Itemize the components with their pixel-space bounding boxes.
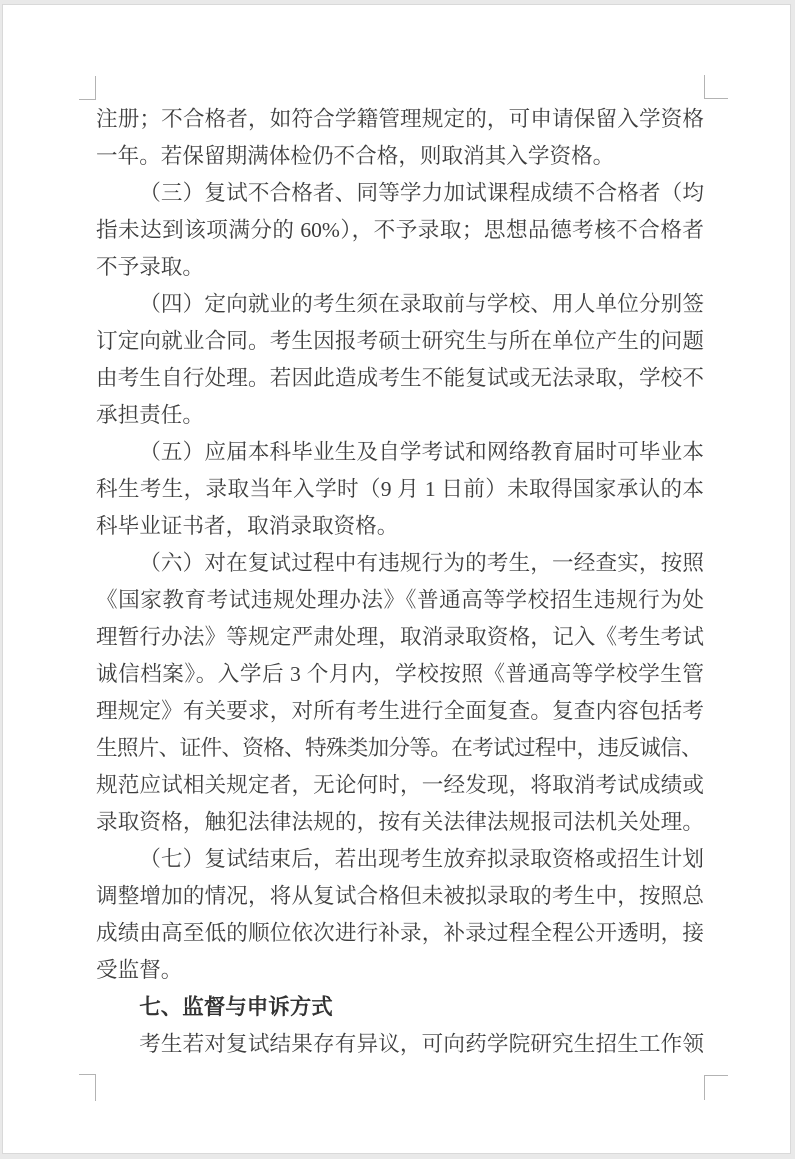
text-line: 调整增加的情况，将从复试合格但未被拟录取的考生中，按照总: [96, 878, 704, 915]
text-line: 受监督。: [96, 952, 704, 989]
text-line: 由考生自行处理。若因此造成考生不能复试或无法录取，学校不: [96, 360, 704, 397]
text-line: （七）复试结束后，若出现考生放弃拟录取资格或招生计划: [96, 841, 704, 878]
text-line: 理规定》有关要求，对所有考生进行全面复查。复查内容包括考: [96, 693, 704, 730]
text-line: 生照片、证件、资格、特殊类加分等。在考试过程中，违反诚信、: [96, 730, 704, 767]
text-line: 指未达到该项满分的 60%），不予录取；思想品德考核不合格者: [96, 212, 704, 249]
crop-mark-top-right: [704, 75, 728, 99]
text-line: 规范应试相关规定者，无论何时，一经发现，将取消考试成绩或: [96, 767, 704, 804]
text-line: 成绩由高至低的顺位依次进行补录，补录过程全程公开透明，接: [96, 915, 704, 952]
text-line: （五）应届本科毕业生及自学考试和网络教育届时可毕业本: [96, 434, 704, 471]
text-line: 录取资格，触犯法律法规的，按有关法律法规报司法机关处理。: [96, 804, 704, 841]
text-line: 承担责任。: [96, 397, 704, 434]
text-line: （六）对在复试过程中有违规行为的考生，一经查实，按照: [96, 545, 704, 582]
text-line: 科生考生，录取当年入学时（9 月 1 日前）未取得国家承认的本: [96, 471, 704, 508]
text-line: 一年。若保留期满体检仍不合格，则取消其入学资格。: [96, 138, 704, 175]
text-line: 不予录取。: [96, 249, 704, 286]
text-line: 订定向就业合同。考生因报考硕士研究生与所在单位产生的问题: [96, 323, 704, 360]
text-line: 注册；不合格者，如符合学籍管理规定的，可申请保留入学资格: [96, 101, 704, 138]
body-text-block: 注册；不合格者，如符合学籍管理规定的，可申请保留入学资格一年。若保留期满体检仍不…: [96, 101, 704, 1063]
text-line: （四）定向就业的考生须在录取前与学校、用人单位分别签: [96, 286, 704, 323]
text-line: （三）复试不合格者、同等学力加试课程成绩不合格者（均: [96, 175, 704, 212]
text-line: 理暂行办法》等规定严肃处理，取消录取资格，记入《考生考试: [96, 619, 704, 656]
document-page: 注册；不合格者，如符合学籍管理规定的，可申请保留入学资格一年。若保留期满体检仍不…: [2, 4, 791, 1154]
text-line: 诚信档案》。入学后 3 个月内，学校按照《普通高等学校学生管: [96, 656, 704, 693]
text-line: 考生若对复试结果存有异议，可向药学院研究生招生工作领: [96, 1026, 704, 1063]
text-line: 《国家教育考试违规处理办法》《普通高等学校招生违规行为处: [96, 582, 704, 619]
crop-mark-bottom-left: [79, 1074, 96, 1101]
section-heading: 七、监督与申诉方式: [96, 989, 704, 1026]
crop-mark-bottom-right: [704, 1075, 728, 1100]
text-line: 科毕业证书者，取消录取资格。: [96, 508, 704, 545]
crop-mark-top-left: [79, 76, 96, 100]
